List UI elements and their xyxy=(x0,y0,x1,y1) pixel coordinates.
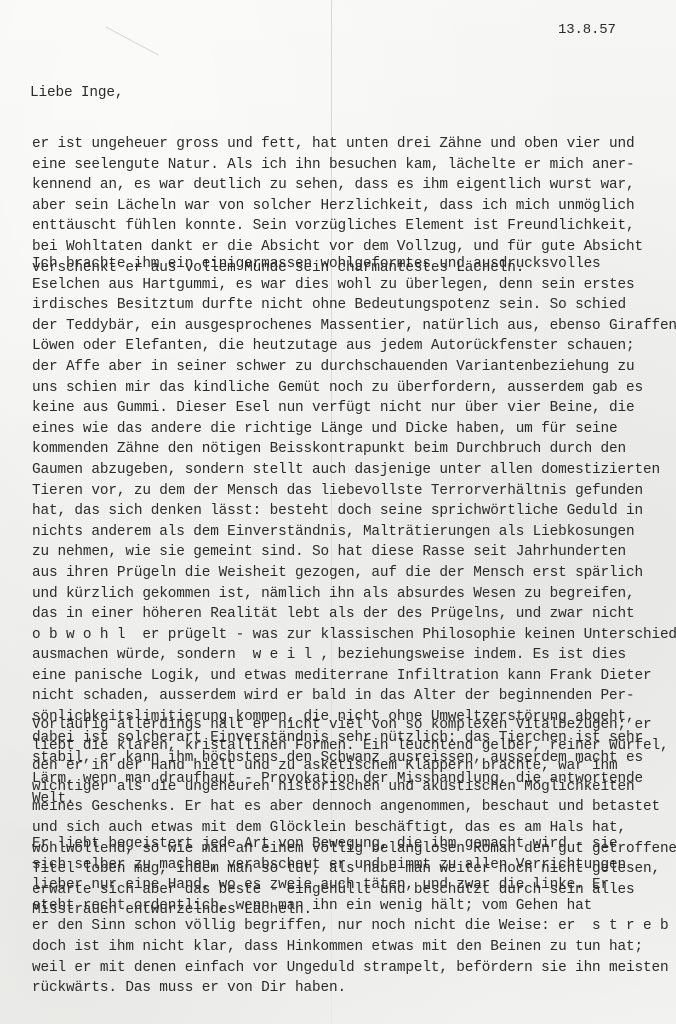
text-line: kommenden Zähne den nötigen Beisskontrap… xyxy=(32,439,676,460)
text-line: rückwärts. Das muss er von Dir haben. xyxy=(32,978,668,999)
text-line: Eselchen aus Hartgummi, es war dies wohl… xyxy=(32,275,676,296)
text-line: Gaumen abzugeben, sondern stellt auch da… xyxy=(32,460,676,481)
text-line: ausmachen würde, sondern w e i l , bezie… xyxy=(32,645,676,666)
text-line: meines Geschenks. Er hat es aber dennoch… xyxy=(32,797,676,818)
letter-paragraph: Er liebt begeistert jede Art von Bewegun… xyxy=(32,834,668,999)
text-line: der Teddybär, ein ausgesprochenes Massen… xyxy=(32,316,676,337)
text-line: enttäuscht fühlen konnte. Sein vorzüglic… xyxy=(32,216,643,237)
text-line: zu nehmen, wie sie gemeint sind. So hat … xyxy=(32,542,676,563)
text-line: hat, das sich denken lässt: besteht doch… xyxy=(32,501,676,522)
text-line: keine aus Gummi. Dieser Esel nun verfügt… xyxy=(32,398,676,419)
text-line: nicht schaden, ausserdem wird er bald in… xyxy=(32,686,676,707)
text-line: wichtiger als die ungeheuren historische… xyxy=(32,777,676,798)
text-line: nichts anderem als dem Einverständnis, M… xyxy=(32,522,676,543)
text-line: aus ihren Prügeln die Weisheit gezogen, … xyxy=(32,563,676,584)
text-line: uns schien mir das kindliche Gemüt noch … xyxy=(32,378,676,399)
text-line: Tieren vor, zu dem der Mensch das liebev… xyxy=(32,481,676,502)
text-line: Vorläufig allerdings hält er nicht viel … xyxy=(32,715,676,736)
letter-salutation: Liebe Inge, xyxy=(30,85,123,101)
text-line: o b w o h l er prügelt - was zur klassis… xyxy=(32,625,676,646)
text-line: er den Sinn schon völlig begriffen, nur … xyxy=(32,916,668,937)
text-line: der Affe aber in seiner schwer zu durchs… xyxy=(32,357,676,378)
letter-date: 13.8.57 xyxy=(558,22,616,38)
text-line: irdisches Besitztum durfte nicht ohne Be… xyxy=(32,295,676,316)
text-line: liebt die klaren, kristallinen Formen. E… xyxy=(32,736,676,757)
text-line: eines wie das andere die richtige Länge … xyxy=(32,419,676,440)
text-line: aber sein Lächeln war von solcher Herzli… xyxy=(32,196,643,217)
text-line: den er in der Hand hielt und zu asketisc… xyxy=(32,756,676,777)
text-line: Löwen oder Elefanten, die heutzutage aus… xyxy=(32,336,676,357)
text-line: eine panische Logik, und etwas mediterra… xyxy=(32,666,676,687)
text-line: Er liebt begeistert jede Art von Bewegun… xyxy=(32,834,668,855)
text-line: sich selber zu machen, verabscheut er un… xyxy=(32,855,668,876)
text-line: lieber nur eine Hand, wo es zweie auch t… xyxy=(32,875,668,896)
text-line: steht recht ordentlich, wenn man ihn ein… xyxy=(32,896,668,917)
text-line: doch ist ihm nicht klar, dass Hinkommen … xyxy=(32,937,668,958)
text-line: und kürzlich gekommen ist, nämlich ihn a… xyxy=(32,584,676,605)
text-line: das in einer höheren Realität lebt als d… xyxy=(32,604,676,625)
text-line: kennend an, es war deutlich zu sehen, da… xyxy=(32,175,643,196)
text-line: eine seelengute Natur. Als ich ihn besuc… xyxy=(32,155,643,176)
text-line: weil er mit denen einfach vor Ungeduld s… xyxy=(32,958,668,979)
text-line: er ist ungeheuer gross und fett, hat unt… xyxy=(32,134,643,155)
text-line: Ich brachte ihm ein einigermassen wohlge… xyxy=(32,254,676,275)
